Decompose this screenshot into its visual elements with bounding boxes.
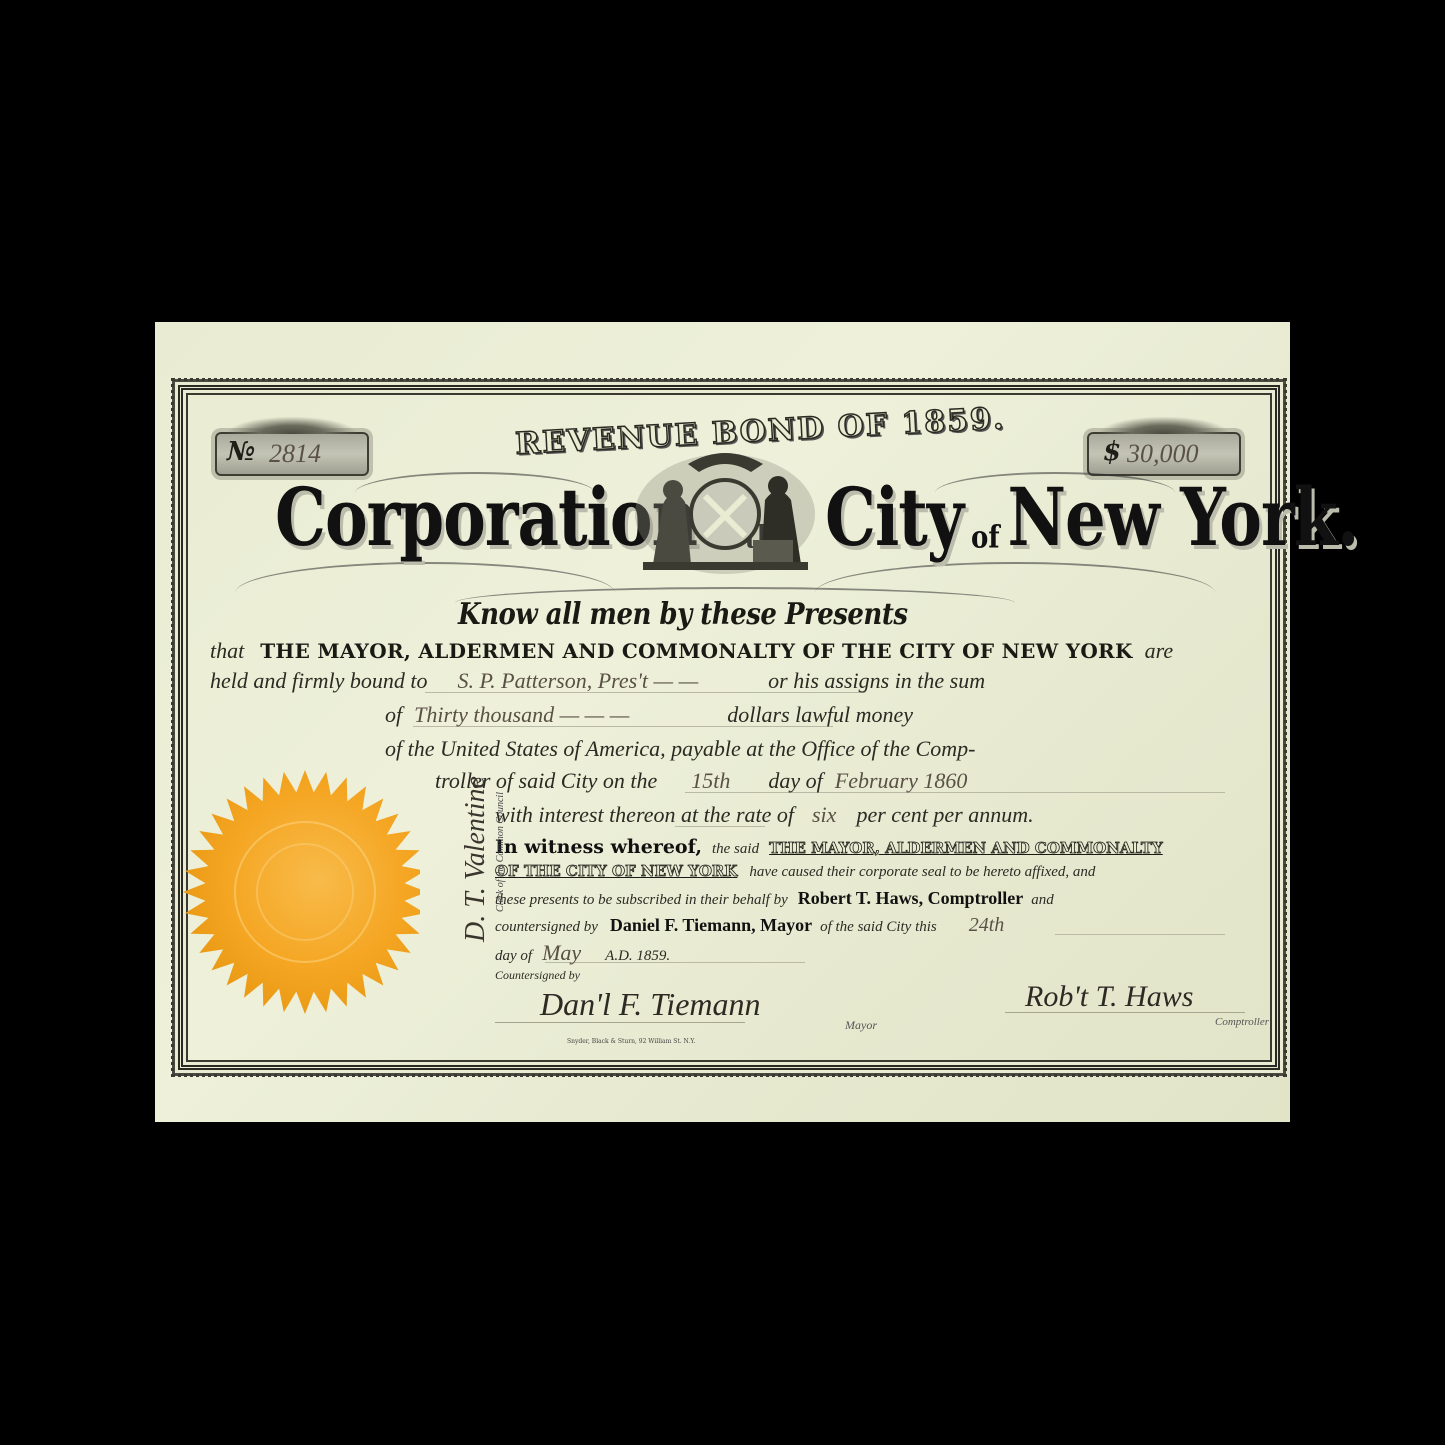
- gold-wafer-seal-icon: [170, 762, 420, 1022]
- payee-name: S. P. Patterson, Pres't — —: [458, 668, 699, 693]
- issuer-name: The Mayor, Aldermen and Commonalty of th…: [260, 639, 1132, 663]
- comptroller-signature: Rob't T. Haws: [1025, 980, 1193, 1014]
- title-city: City: [825, 471, 963, 565]
- mayor-name: Daniel F. Tiemann, Mayor: [610, 915, 812, 935]
- printer-imprint: Snyder, Black & Sturn, 92 William St. N.…: [567, 1038, 695, 1045]
- interest-rate: six: [812, 802, 836, 827]
- comptroller-name: Robert T. Haws, Comptroller: [798, 888, 1023, 908]
- issue-month: May: [542, 940, 581, 965]
- number-label: №: [227, 437, 255, 467]
- clerk-signature: D. T. Valentine: [460, 776, 492, 942]
- body-line-10: countersigned by Daniel F. Tiemann, Mayo…: [495, 914, 1004, 937]
- mayor-signature: Dan'l F. Tiemann: [540, 986, 761, 1023]
- main-title-right: City of New York.: [825, 490, 1358, 565]
- foliage-ornament-icon: [1089, 414, 1239, 434]
- certificate-number-box: № 2814: [215, 432, 369, 476]
- body-line-11: day of May A.D. 1859.: [495, 940, 670, 966]
- in-witness-whereof: In witness whereof,: [495, 836, 702, 858]
- foliage-ornament-icon: [217, 414, 367, 434]
- certificate-number: 2814: [269, 439, 321, 469]
- body-line-2: held and firmly bound to S. P. Patterson…: [210, 668, 985, 694]
- amount-box: $ 30,000: [1087, 432, 1241, 476]
- body-line-6: with interest thereon at the rate of six…: [495, 802, 1034, 828]
- dollar-label: $: [1103, 437, 1121, 467]
- due-date: February 1860: [835, 768, 968, 793]
- bond-amount: 30,000: [1127, 439, 1199, 469]
- witness-clause: In witness whereof, the said THE MAYOR, …: [495, 836, 1163, 858]
- bond-certificate: № 2814 $ 30,000 REVENUE BOND OF 1859. Co…: [155, 322, 1290, 1122]
- title-of: of: [971, 520, 1000, 556]
- comptroller-title: Comptroller: [1215, 1016, 1269, 1028]
- amount-in-words: Thirty thousand — — —: [414, 702, 629, 727]
- body-line-5: troller of said City on the 15th day of …: [435, 768, 967, 794]
- issue-year: A.D. 1859.: [605, 948, 670, 964]
- countersigned-label: Countersigned by: [495, 968, 580, 983]
- title-new-york: New York.: [1008, 471, 1359, 565]
- due-day: 15th: [691, 768, 730, 793]
- mayor-title: Mayor: [845, 1018, 877, 1033]
- clerk-title: Clerk of the Common Council: [495, 792, 506, 912]
- issue-day: 24th: [969, 914, 1005, 936]
- know-all-men-heading: Know all men by these Presents: [458, 598, 907, 633]
- witness-clause-2: OF THE CITY OF NEW YORK have caused thei…: [495, 862, 1095, 881]
- body-line-9: these presents to be subscribed in their…: [495, 888, 1054, 909]
- coat-of-arms-vignette-icon: [633, 444, 818, 574]
- body-line-1: that The Mayor, Aldermen and Commonalty …: [210, 638, 1173, 664]
- body-line-4: of the United States of America, payable…: [385, 736, 975, 762]
- body-line-3: of Thirty thousand — — — dollars lawful …: [385, 702, 913, 728]
